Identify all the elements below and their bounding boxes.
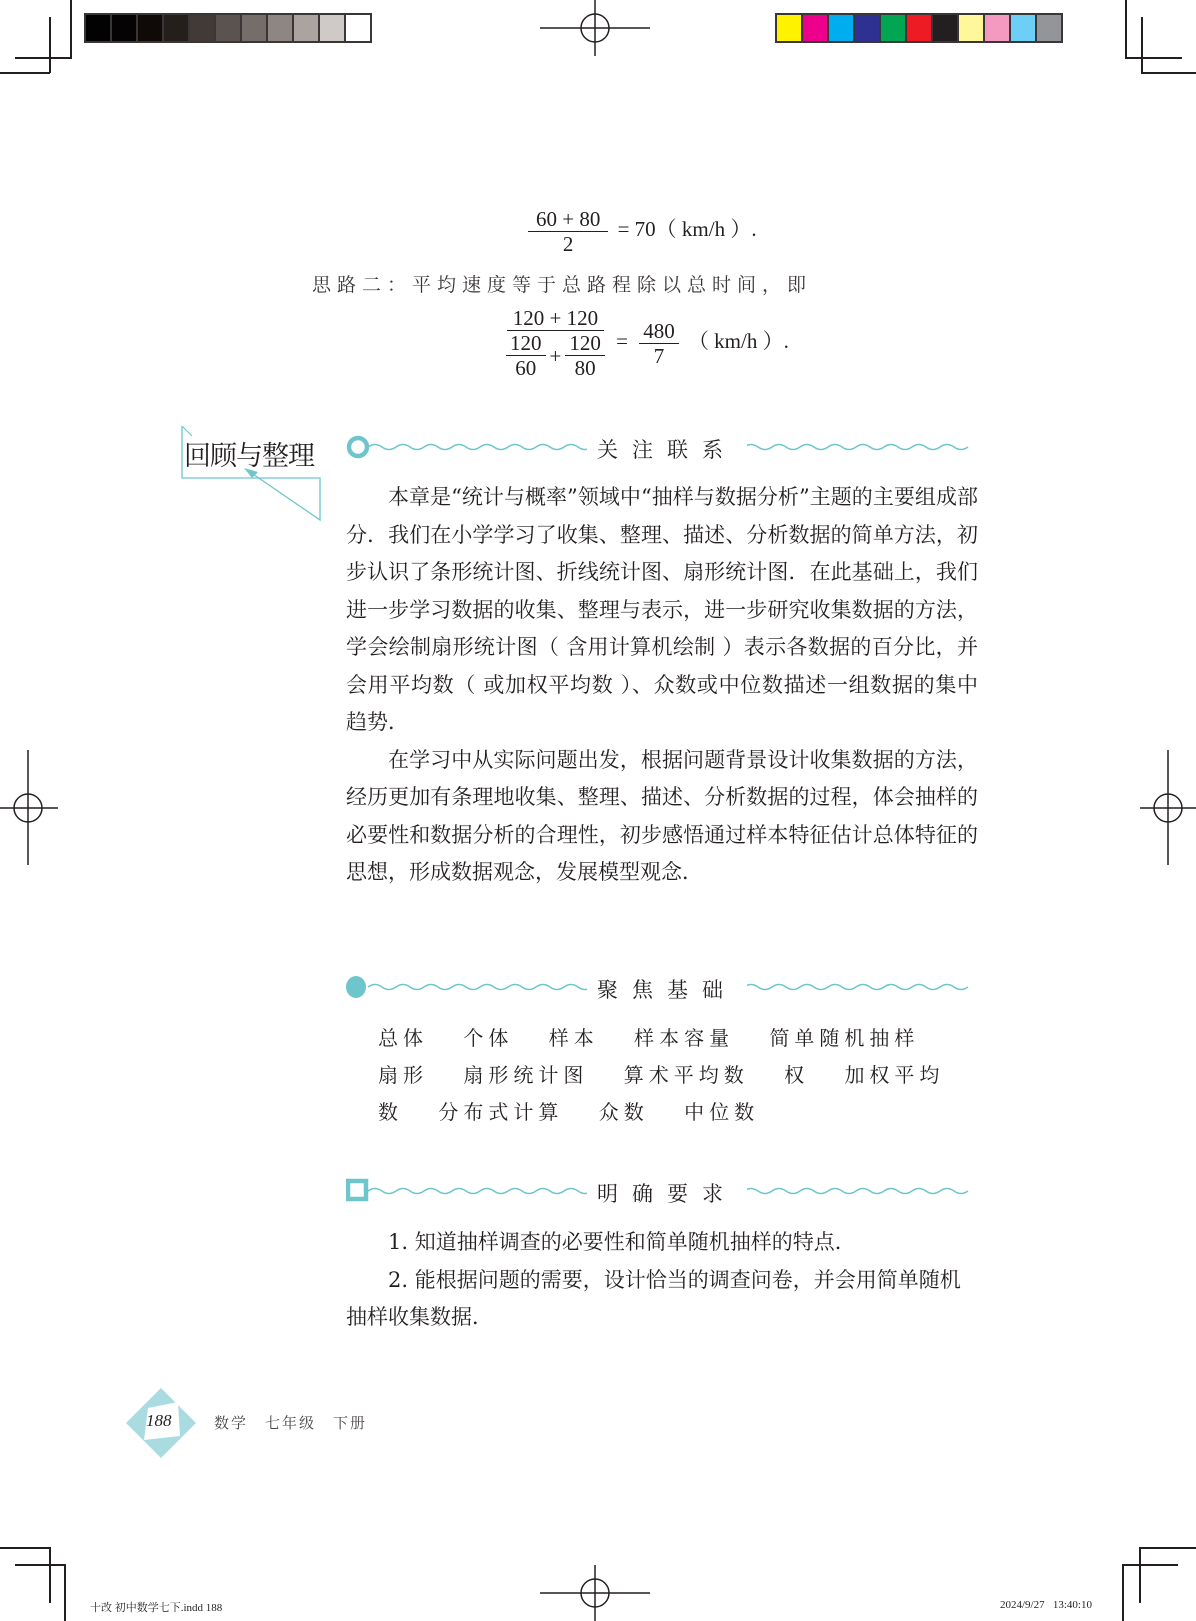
result-denominator: 7 [654, 344, 665, 368]
registration-mark-top [540, 0, 650, 60]
color-swatch [803, 15, 829, 41]
sub-fraction-numerator: 120 [565, 331, 605, 356]
color-swatch [268, 15, 294, 41]
key-term: 权 [784, 1063, 809, 1087]
formula-average-of-speeds: 60 + 80 2 = 70（ km/h ）. [528, 207, 757, 256]
key-terms-list: 总体 个体 样本 样本容量 简单随机抽样 扇形 扇形统计图 算术平均数 权 加权… [378, 1020, 978, 1131]
color-swatch [829, 15, 855, 41]
grayscale-color-bar [84, 13, 372, 43]
sub-fraction-denominator: 60 [515, 356, 536, 380]
timestamp-slug: 2024/9/27 13:40:10 [1000, 1599, 1092, 1611]
key-term: 样本容量 [634, 1026, 734, 1050]
section-title: 关注联系 [587, 434, 747, 464]
color-swatch [907, 15, 933, 41]
registration-mark-bottom [540, 1565, 650, 1621]
formula-total-distance-over-time: 120 + 120 120 60 + 120 80 = 480 7 （ km/h… [506, 306, 789, 380]
file-slug: 十改 初中数学七下.indd 188 [90, 1599, 222, 1615]
color-swatch [959, 15, 985, 41]
color-swatch [881, 15, 907, 41]
sidebar-title: 回顾与整理 [184, 434, 314, 473]
idea-two-text: 思路二：平均速度等于总路程除以总时间，即 [312, 270, 812, 297]
section-header-clear-requirements: 明确要求 [346, 1177, 978, 1207]
unit-label: （ km/h ）. [688, 329, 789, 353]
section-header-focus-basics: 聚焦基础 [346, 973, 978, 1003]
key-term: 扇形 [378, 1063, 428, 1087]
requirements-list: 1. 知道抽样调查的必要性和简单随机抽样的特点． 2. 能根据问题的需要，设计恰… [346, 1224, 978, 1337]
sub-fraction-denominator: 80 [575, 356, 596, 380]
complex-fraction-denominator: 120 60 + 120 80 [506, 331, 605, 380]
sub-fraction-numerator: 120 [506, 331, 546, 356]
color-swatch [294, 15, 320, 41]
focus-connections-body: 本章是“统计与概率”领域中“抽样与数据分析”主题的主要组成部分．我们在小学学习了… [346, 479, 978, 892]
key-term: 扇形统计图 [463, 1063, 588, 1087]
paragraph: 本章是“统计与概率”领域中“抽样与数据分析”主题的主要组成部分．我们在小学学习了… [346, 479, 978, 742]
registration-mark-left [0, 750, 60, 865]
complex-fraction-numerator: 120 + 120 [507, 306, 604, 331]
key-term: 总体 [378, 1026, 428, 1050]
key-term: 众数 [599, 1100, 649, 1124]
paragraph: 在学习中从实际问题出发，根据问题背景设计收集数据的方法，经历更加有条理地收集、整… [346, 742, 978, 892]
registration-mark-right [1136, 750, 1196, 865]
color-swatch [985, 15, 1011, 41]
color-swatch [1011, 15, 1037, 41]
color-swatch [242, 15, 268, 41]
color-swatch [112, 15, 138, 41]
requirement-item: 1. 知道抽样调查的必要性和简单随机抽样的特点． [346, 1224, 978, 1262]
section-title: 明确要求 [587, 1178, 747, 1208]
color-swatch [138, 15, 164, 41]
color-swatch [1037, 15, 1061, 41]
formula-result: = 70（ km/h ）. [618, 217, 757, 241]
key-term: 个体 [463, 1026, 513, 1050]
color-swatch [164, 15, 190, 41]
color-swatch [86, 15, 112, 41]
key-term: 中位数 [684, 1100, 759, 1124]
plus-sign: + [550, 344, 562, 368]
section-title: 聚焦基础 [587, 974, 747, 1004]
key-term: 简单随机抽样 [769, 1026, 919, 1050]
key-term: 算术平均数 [624, 1063, 749, 1087]
color-swatch [346, 15, 370, 41]
result-numerator: 480 [639, 319, 679, 344]
color-swatch [190, 15, 216, 41]
page-number: 188 [146, 1411, 172, 1431]
color-swatch [933, 15, 959, 41]
process-color-bar [775, 13, 1063, 43]
key-term: 样本 [549, 1026, 599, 1050]
key-term: 分布式计算 [438, 1100, 563, 1124]
fraction-numerator: 60 + 80 [528, 207, 608, 232]
book-title: 数学 七年级 下册 [214, 1412, 367, 1433]
color-swatch [216, 15, 242, 41]
fraction-denominator: 2 [563, 232, 574, 256]
requirement-item: 2. 能根据问题的需要，设计恰当的调查问卷，并会用简单随机抽样收集数据． [346, 1262, 978, 1337]
section-header-focus-connections: 关注联系 [346, 433, 978, 463]
color-swatch [855, 15, 881, 41]
color-swatch [320, 15, 346, 41]
equals-sign: = [616, 329, 628, 353]
color-swatch [777, 15, 803, 41]
